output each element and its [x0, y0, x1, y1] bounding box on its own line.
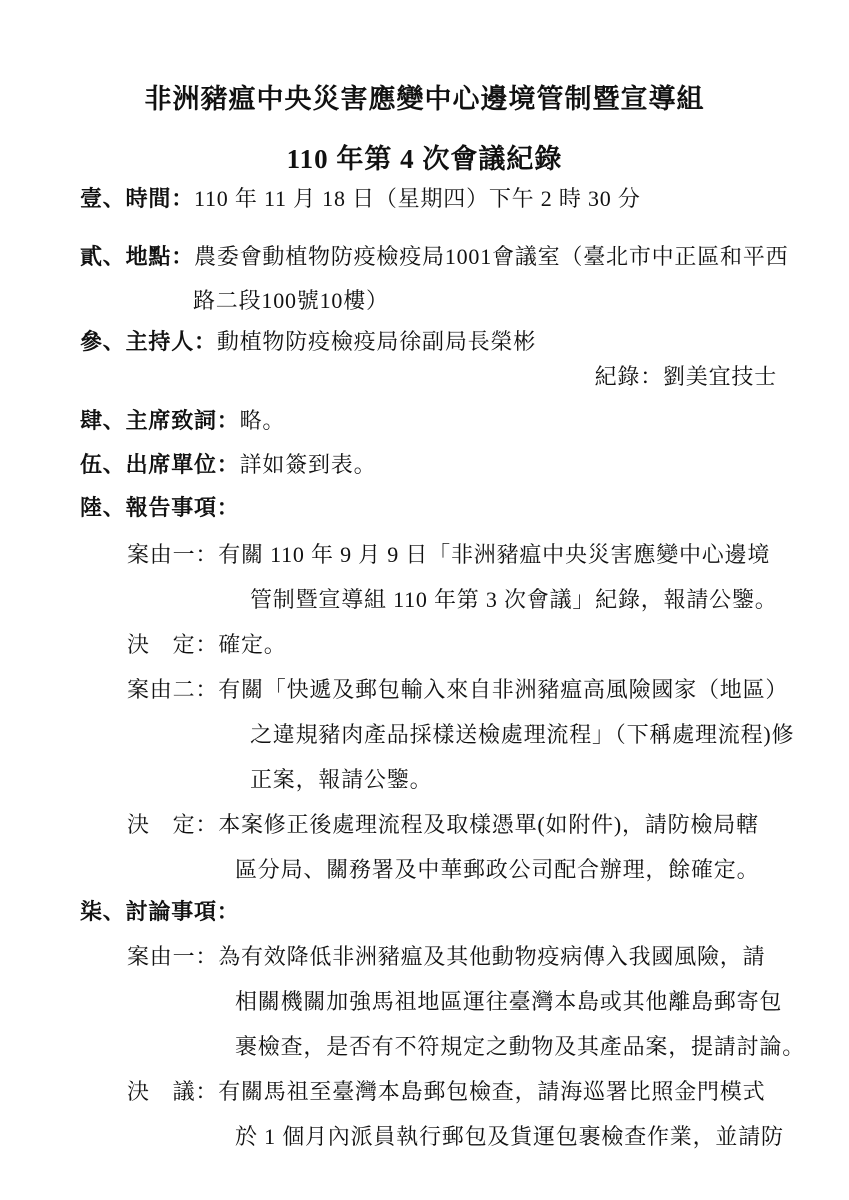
line-report-case1-1: 案由一：有關 110 年 9 月 9 日「非洲豬瘟中央災害應變中心邊境 — [0, 541, 849, 570]
report-case1-label: 案由一： — [127, 542, 218, 567]
line-chair-speech: 肆、主席致詞：略。 — [0, 407, 849, 436]
section-label-attendees: 伍、出席單位： — [80, 452, 240, 477]
report-decision2-text-2: 區分局、關務署及中華郵政公司配合辦理，餘確定。 — [235, 857, 759, 882]
line-recorder: 紀錄：劉美宜技士 — [595, 363, 777, 392]
section-label-report: 陸、報告事項： — [80, 495, 240, 520]
line-report-case2-3: 正案，報請公鑒。 — [0, 766, 849, 795]
section-label-discussion: 柒、討論事項： — [80, 899, 240, 924]
discussion-resolution1-label: 決 議： — [127, 1079, 218, 1104]
section-text-chair-speech: 略。 — [240, 408, 286, 433]
report-decision2-text-1: 本案修正後處理流程及取樣憑單(如附件)，請防檢局轄 — [218, 812, 759, 837]
section-text-place-2: 路二段100號10樓） — [193, 288, 389, 313]
document-title: 非洲豬瘟中央災害應變中心邊境管制暨宣導組 — [0, 82, 849, 117]
line-discussion-resolution1-2: 於 1 個月內派員執行郵包及貨運包裹檢查作業，並請防 — [0, 1123, 849, 1152]
document-subtitle: 110 年第 4 次會議紀錄 — [0, 142, 849, 177]
report-case1-text-1: 有關 110 年 9 月 9 日「非洲豬瘟中央災害應變中心邊境 — [218, 542, 770, 567]
line-discussion-resolution1-1: 決 議：有關馬祖至臺灣本島郵包檢查，請海巡署比照金門模式 — [0, 1078, 849, 1107]
line-report-heading: 陸、報告事項： — [0, 494, 849, 523]
discussion-case1-label: 案由一： — [127, 944, 218, 969]
line-discussion-case1-2: 相關機關加強馬祖地區運往臺灣本島或其他離島郵寄包 — [0, 988, 849, 1017]
line-host: 參、主持人：動植物防疫檢疫局徐副局長榮彬 — [0, 328, 849, 357]
section-label-time: 壹、時間： — [80, 186, 194, 211]
section-text-place-1: 農委會動植物防疫檢疫局1001會議室（臺北市中正區和平西 — [194, 244, 788, 269]
report-decision2-label: 決 定： — [127, 812, 218, 837]
line-place-2: 路二段100號10樓） — [0, 287, 849, 316]
line-discussion-case1-1: 案由一：為有效降低非洲豬瘟及其他動物疫病傳入我國風險，請 — [0, 943, 849, 972]
line-attendees: 伍、出席單位：詳如簽到表。 — [0, 451, 849, 480]
report-decision1-label: 決 定： — [127, 632, 218, 657]
line-report-decision2-2: 區分局、關務署及中華郵政公司配合辦理，餘確定。 — [0, 856, 849, 885]
report-case2-text-3: 正案，報請公鑒。 — [250, 767, 432, 792]
meeting-minutes-document: 非洲豬瘟中央災害應變中心邊境管制暨宣導組 110 年第 4 次會議紀錄 壹、時間… — [0, 0, 849, 1200]
line-report-decision1: 決 定：確定。 — [0, 631, 849, 660]
report-case2-text-1: 有關「快遞及郵包輸入來自非洲豬瘟高風險國家（地區） — [218, 677, 788, 702]
discussion-case1-text-2: 相關機關加強馬祖地區運往臺灣本島或其他離島郵寄包 — [235, 989, 782, 1014]
discussion-resolution1-text-1: 有關馬祖至臺灣本島郵包檢查，請海巡署比照金門模式 — [218, 1079, 765, 1104]
section-label-place: 貳、地點： — [80, 244, 194, 269]
section-text-time: 110 年 11 月 18 日（星期四）下午 2 時 30 分 — [194, 186, 641, 211]
section-label-host: 參、主持人： — [80, 329, 217, 354]
line-discussion-case1-3: 裹檢查，是否有不符規定之動物及其產品案，提請討論。 — [0, 1033, 849, 1062]
line-report-case2-2: 之違規豬肉產品採樣送檢處理流程」（下稱處理流程)修 — [0, 721, 849, 750]
report-decision1-text: 確定。 — [218, 632, 286, 657]
section-label-chair-speech: 肆、主席致詞： — [80, 408, 240, 433]
line-report-case2-1: 案由二：有關「快遞及郵包輸入來自非洲豬瘟高風險國家（地區） — [0, 676, 849, 705]
section-text-attendees: 詳如簽到表。 — [240, 452, 377, 477]
report-case2-text-2: 之違規豬肉產品採樣送檢處理流程」（下稱處理流程)修 — [250, 722, 794, 747]
report-case1-text-2: 管制暨宣導組 110 年第 3 次會議」紀錄，報請公鑒。 — [250, 587, 778, 612]
line-place-1: 貳、地點：農委會動植物防疫檢疫局1001會議室（臺北市中正區和平西 — [0, 243, 849, 272]
report-case2-label: 案由二： — [127, 677, 218, 702]
discussion-case1-text-1: 為有效降低非洲豬瘟及其他動物疫病傳入我國風險，請 — [218, 944, 765, 969]
discussion-case1-text-3: 裹檢查，是否有不符規定之動物及其產品案，提請討論。 — [235, 1034, 805, 1059]
line-report-case1-2: 管制暨宣導組 110 年第 3 次會議」紀錄，報請公鑒。 — [0, 586, 849, 615]
line-discussion-heading: 柒、討論事項： — [0, 898, 849, 927]
line-time: 壹、時間：110 年 11 月 18 日（星期四）下午 2 時 30 分 — [0, 185, 849, 214]
section-text-host: 動植物防疫檢疫局徐副局長榮彬 — [217, 329, 536, 354]
line-report-decision2-1: 決 定：本案修正後處理流程及取樣憑單(如附件)，請防檢局轄 — [0, 811, 849, 840]
discussion-resolution1-text-2: 於 1 個月內派員執行郵包及貨運包裹檢查作業，並請防 — [235, 1124, 784, 1149]
